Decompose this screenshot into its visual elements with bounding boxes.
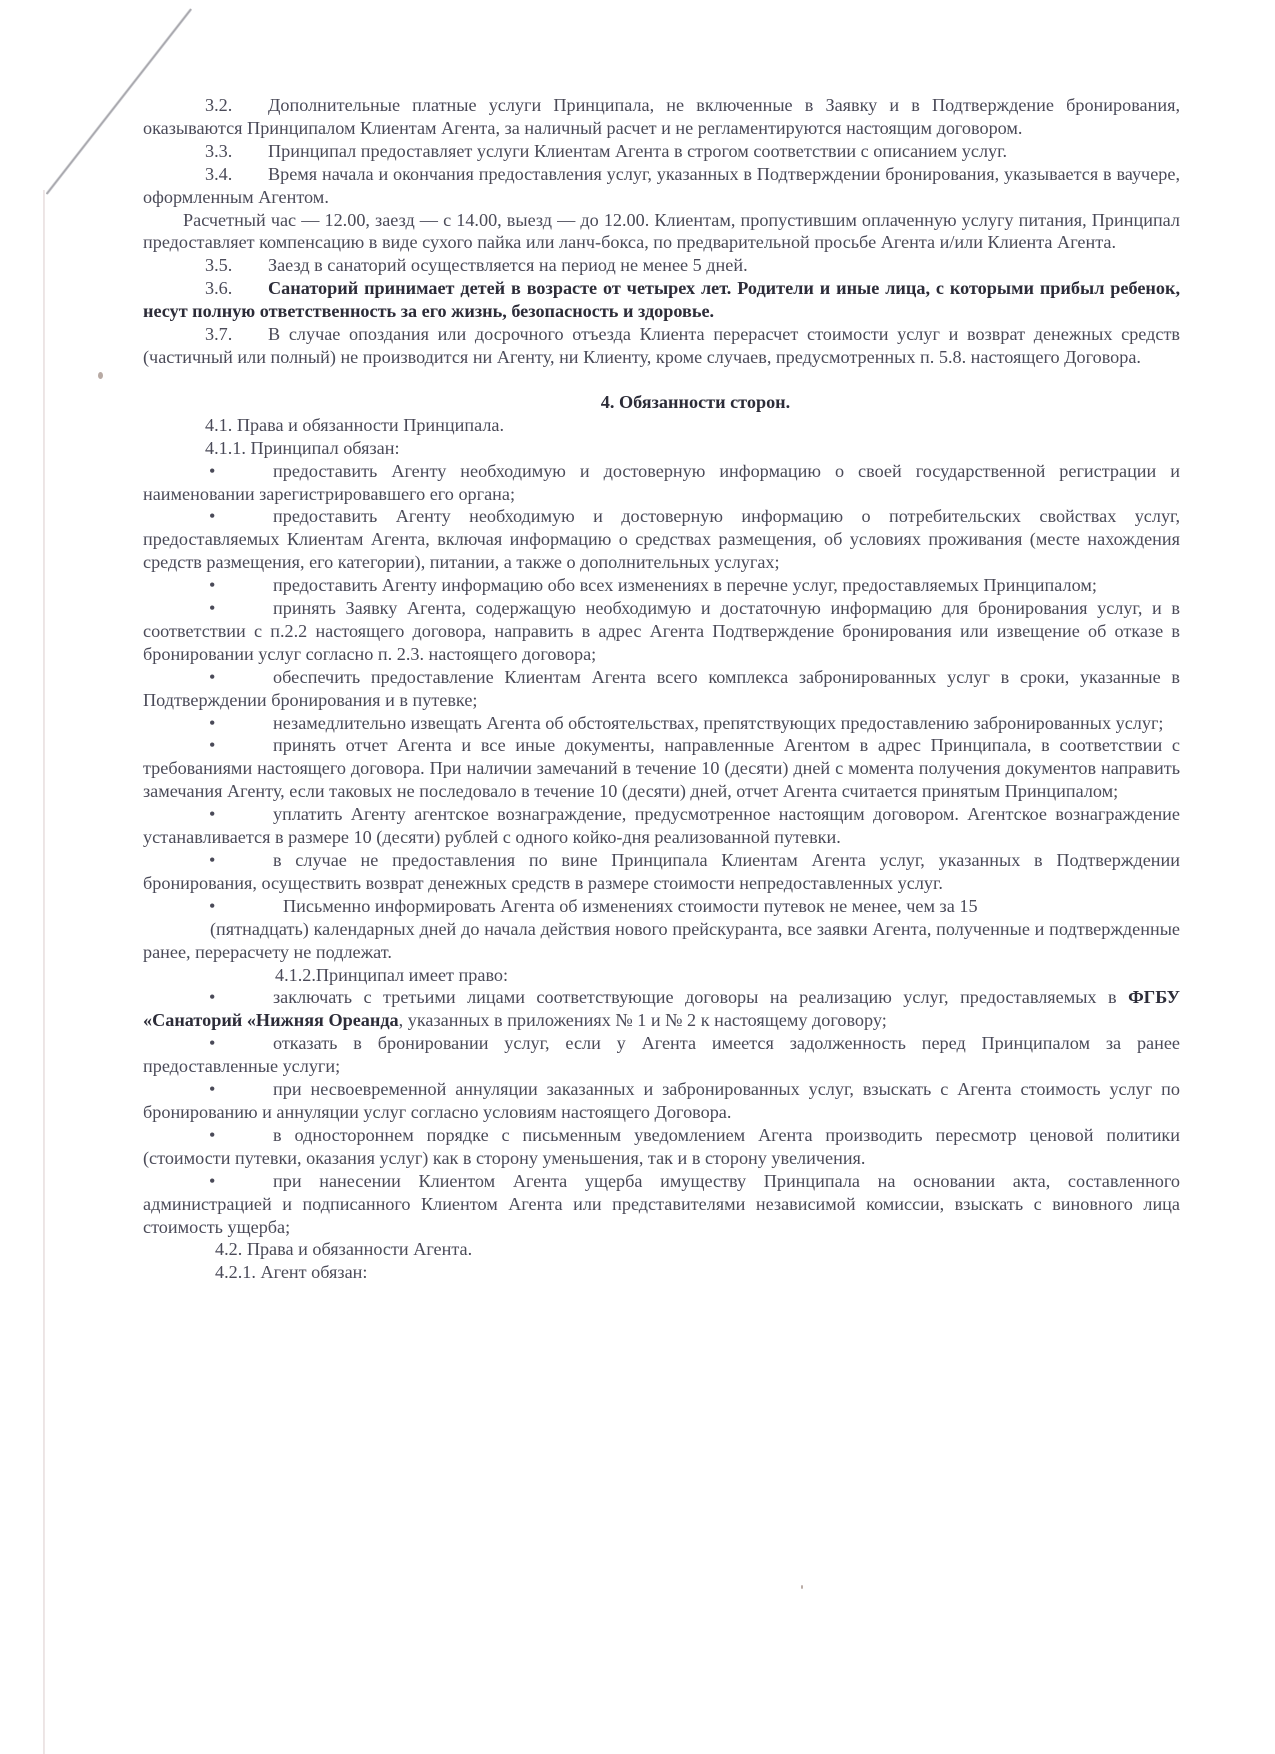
subsection-4-1-1-title: 4.1.1. Принципал обязан:: [143, 437, 1180, 460]
clause-3-5: 3.5.Заезд в санаторий осуществляется на …: [143, 254, 1180, 277]
bullet-icon: •: [209, 574, 273, 597]
bullet-icon: •: [209, 986, 273, 1009]
list-item-text: в случае не предоставления по вине Принц…: [143, 850, 1180, 893]
clause-3-6: 3.6.Санаторий принимает детей в возрасте…: [143, 277, 1180, 323]
scan-speck: [801, 1585, 803, 1589]
bullet-icon: •: [209, 1170, 273, 1193]
bullet-icon: •: [209, 597, 273, 620]
list-item: •в одностороннем порядке с письменным ув…: [143, 1124, 1180, 1170]
list-item-text: предоставить Агенту информацию обо всех …: [273, 575, 1097, 595]
clause-text: Заезд в санаторий осуществляется на пери…: [268, 255, 748, 275]
list-item-text: Письменно информировать Агента об измене…: [283, 896, 978, 916]
list-item: •принять Заявку Агента, содержащую необх…: [143, 597, 1180, 666]
document-page: 3.2.Дополнительные платные услуги Принци…: [143, 94, 1180, 1284]
list-item: •Письменно информировать Агента об измен…: [143, 895, 1180, 918]
list-item-text: принять отчет Агента и все иные документ…: [143, 735, 1180, 801]
bullet-icon: •: [209, 895, 283, 918]
clause-text: Принципал предоставляет услуги Клиентам …: [268, 141, 1007, 161]
list-item-text: предоставить Агенту необходимую и достов…: [143, 461, 1180, 504]
bullet-icon: •: [209, 712, 273, 735]
bullet-icon: •: [209, 1032, 273, 1055]
list-item-text: заключать с третьими лицами соответствую…: [273, 987, 1128, 1007]
bullet-icon: •: [209, 1078, 273, 1101]
subsection-4-1-2-title: 4.1.2.Принципал имеет право:: [143, 964, 1180, 987]
clause-text: Дополнительные платные услуги Принципала…: [143, 95, 1180, 138]
scan-speck: [98, 372, 103, 379]
clause-number: 3.3.: [205, 140, 268, 163]
scan-edge-artifact: [43, 190, 45, 1754]
clause-number: 3.2.: [205, 94, 268, 117]
clause-3-4: 3.4.Время начала и окончания предоставле…: [143, 163, 1180, 209]
bullet-icon: •: [209, 849, 273, 872]
bullet-icon: •: [209, 803, 273, 826]
clause-3-2: 3.2.Дополнительные платные услуги Принци…: [143, 94, 1180, 140]
subsection-4-2-title: 4.2. Права и обязанности Агента.: [143, 1238, 1180, 1261]
list-item: •отказать в бронировании услуг, если у А…: [143, 1032, 1180, 1078]
list-item: •предоставить Агенту необходимую и досто…: [143, 460, 1180, 506]
list-item-text: незамедлительно извещать Агента об обсто…: [273, 713, 1163, 733]
clause-text: В случае опоздания или досрочного отъезд…: [143, 324, 1180, 367]
clause-number: 3.4.: [205, 163, 268, 186]
list-item-text: предоставить Агенту необходимую и достов…: [143, 506, 1180, 572]
list-item-text: при несвоевременной аннуляции заказанных…: [143, 1079, 1180, 1122]
subsection-4-1-title: 4.1. Права и обязанности Принципала.: [143, 414, 1180, 437]
clause-number: 3.7.: [205, 323, 268, 346]
bullet-icon: •: [209, 1124, 273, 1147]
list-item-continuation: (пятнадцать) календарных дней до начала …: [143, 918, 1180, 964]
clause-number: 3.5.: [205, 254, 268, 277]
list-item: •при нанесении Клиентом Агента ущерба им…: [143, 1170, 1180, 1239]
bullet-icon: •: [209, 666, 273, 689]
list-item-text: в одностороннем порядке с письменным уве…: [143, 1125, 1180, 1168]
list-item: •незамедлительно извещать Агента об обст…: [143, 712, 1180, 735]
clause-number: 3.6.: [205, 277, 268, 300]
list-item: •в случае не предоставления по вине Прин…: [143, 849, 1180, 895]
clause-text: Расчетный час — 12.00, заезд — с 14.00, …: [143, 210, 1180, 253]
list-item: •принять отчет Агента и все иные докумен…: [143, 734, 1180, 803]
list-item-text: обеспечить предоставление Клиентам Агент…: [143, 667, 1180, 710]
clause-3-7: 3.7.В случае опоздания или досрочного от…: [143, 323, 1180, 369]
section-heading: 4. Обязанности сторон.: [143, 391, 1180, 414]
bullet-icon: •: [209, 505, 273, 528]
list-item-text: отказать в бронировании услуг, если у Аг…: [143, 1033, 1180, 1076]
clause-3-3: 3.3.Принципал предоставляет услуги Клиен…: [143, 140, 1180, 163]
list-item-text: , указанных в приложениях № 1 и № 2 к на…: [399, 1010, 887, 1030]
list-item-text: уплатить Агенту агентское вознаграждение…: [143, 804, 1180, 847]
list-item: •предоставить Агенту информацию обо всех…: [143, 574, 1180, 597]
list-item-text: принять Заявку Агента, содержащую необхо…: [143, 598, 1180, 664]
clause-checkin-times: Расчетный час — 12.00, заезд — с 14.00, …: [143, 209, 1180, 255]
list-item-text: при нанесении Клиентом Агента ущерба иму…: [143, 1171, 1180, 1237]
clause-text-bold: Санаторий принимает детей в возрасте от …: [143, 278, 1180, 321]
list-item: •заключать с третьими лицами соответству…: [143, 986, 1180, 1032]
bullet-icon: •: [209, 734, 273, 757]
list-item: •уплатить Агенту агентское вознаграждени…: [143, 803, 1180, 849]
clause-text: Время начала и окончания предоставления …: [143, 164, 1180, 207]
bullet-icon: •: [209, 460, 273, 483]
list-item: •обеспечить предоставление Клиентам Аген…: [143, 666, 1180, 712]
list-item: •предоставить Агенту необходимую и досто…: [143, 505, 1180, 574]
list-item: •при несвоевременной аннуляции заказанны…: [143, 1078, 1180, 1124]
subsection-4-2-1-title: 4.2.1. Агент обязан:: [143, 1261, 1180, 1284]
